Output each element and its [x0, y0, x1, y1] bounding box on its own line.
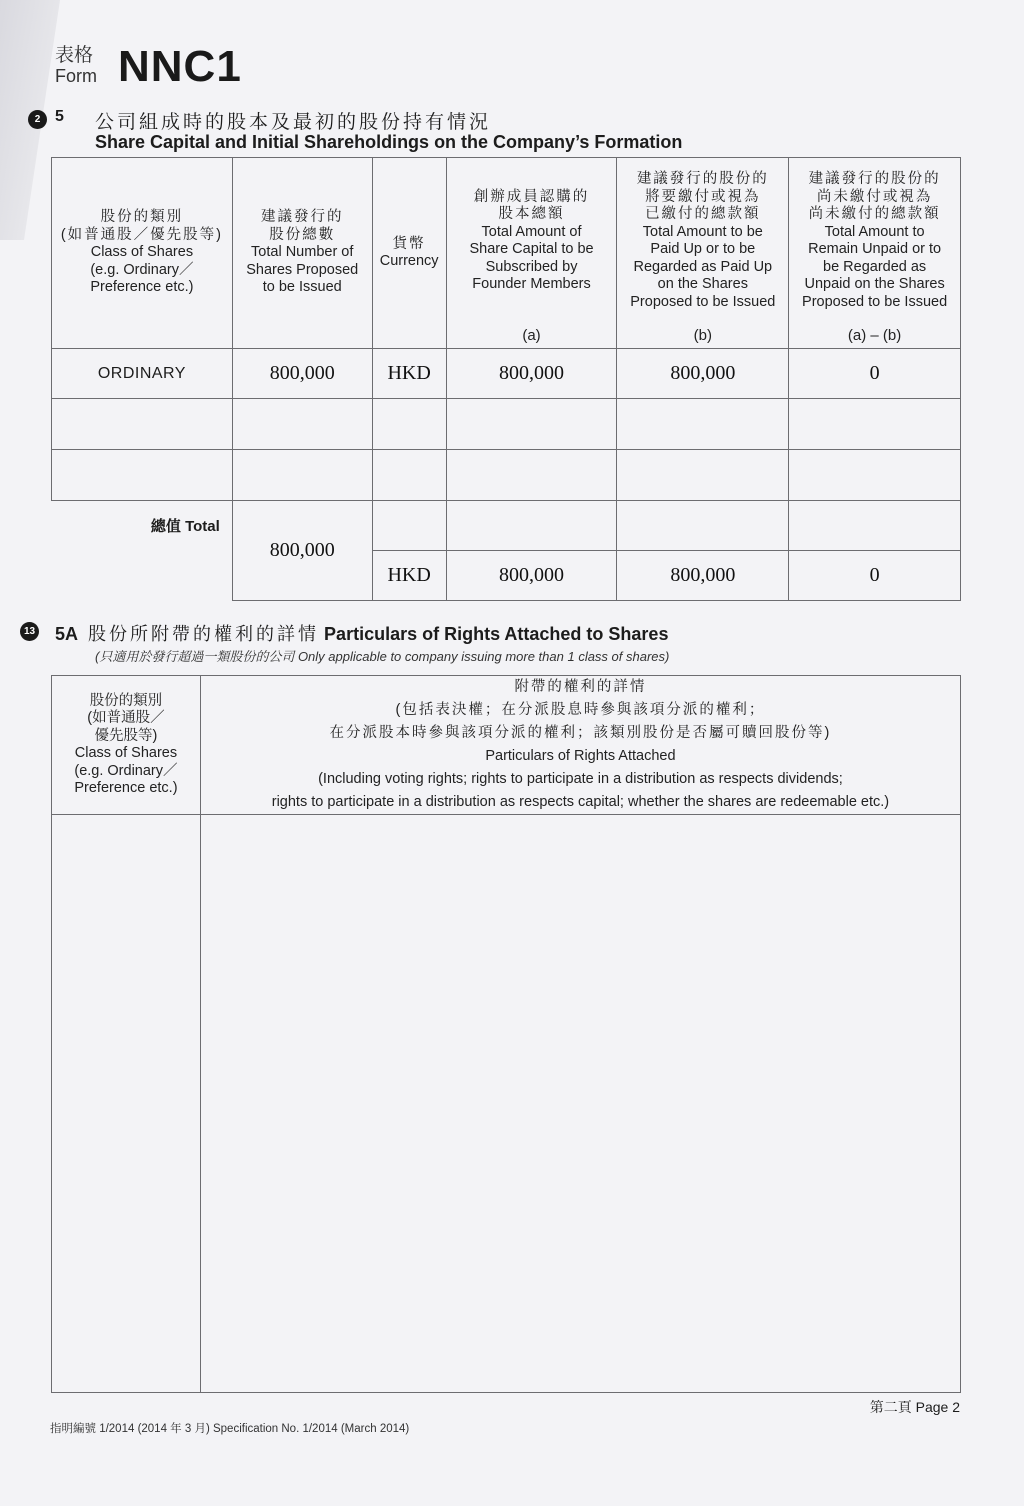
- total-blank: [372, 501, 446, 551]
- total-unpaid[interactable]: 0: [789, 551, 961, 601]
- cell-class[interactable]: [52, 450, 233, 501]
- cell-subscribed[interactable]: [446, 399, 617, 450]
- rights-header-particulars: 附帶的權利的詳情 (包括表決權；在分派股息時參與該項分派的權利； 在分派股本時參…: [200, 676, 960, 815]
- cell-total-shares[interactable]: 800,000: [232, 349, 372, 399]
- cell-paid-up[interactable]: 800,000: [617, 349, 789, 399]
- section-title-en: Share Capital and Initial Shareholdings …: [95, 132, 682, 153]
- header-paid-up: 建議發行的股份的 將要繳付或視為 已繳付的總款額 Total Amount to…: [617, 158, 789, 349]
- total-currency[interactable]: HKD: [372, 551, 446, 601]
- table-row: [52, 450, 961, 501]
- cell-currency[interactable]: [372, 399, 446, 450]
- total-subscribed[interactable]: 800,000: [446, 551, 617, 601]
- header-total-shares: 建議發行的 股份總數 Total Number of Shares Propos…: [232, 158, 372, 349]
- table-row: [52, 815, 961, 1393]
- page-number: 第二頁 Page 2: [870, 1397, 960, 1417]
- section-5a-note: (只適用於發行超過一類股份的公司 Only applicable to comp…: [95, 646, 669, 665]
- section-5a-number: 5A: [55, 624, 78, 644]
- section-5a-title-zh: 股份所附帶的權利的詳情: [88, 624, 319, 644]
- total-paid-up[interactable]: 800,000: [617, 551, 789, 601]
- total-label: 總值 Total: [52, 501, 233, 601]
- rights-header-row: 股份的類別 (如普通股／ 優先股等) Class of Shares (e.g.…: [52, 676, 961, 815]
- cell-paid-up[interactable]: [617, 399, 789, 450]
- rights-header-class: 股份的類別 (如普通股／ 優先股等) Class of Shares (e.g.…: [52, 676, 201, 815]
- cell-total-shares[interactable]: [232, 399, 372, 450]
- rights-table: 股份的類別 (如普通股／ 優先股等) Class of Shares (e.g.…: [51, 675, 961, 1393]
- column-ref-b: (b): [617, 327, 788, 345]
- section-title-zh: 公司組成時的股本及最初的股份持有情況: [95, 107, 491, 134]
- cell-unpaid[interactable]: 0: [789, 349, 961, 399]
- column-ref-a: (a): [447, 327, 617, 345]
- total-row-top: 總值 Total 800,000: [52, 501, 961, 551]
- section-badge-icon: 13: [20, 622, 39, 641]
- header-class-of-shares: 股份的類別 (如普通股／優先股等) Class of Shares (e.g. …: [52, 158, 233, 349]
- table-row: [52, 399, 961, 450]
- cell-paid-up[interactable]: [617, 450, 789, 501]
- total-blank: [617, 501, 789, 551]
- share-capital-table: 股份的類別 (如普通股／優先股等) Class of Shares (e.g. …: [51, 157, 961, 601]
- table-header-row: 股份的類別 (如普通股／優先股等) Class of Shares (e.g. …: [52, 158, 961, 349]
- form-code: NNC1: [118, 42, 242, 92]
- cell-subscribed[interactable]: 800,000: [446, 349, 617, 399]
- cell-total-shares[interactable]: [232, 450, 372, 501]
- table-row: ORDINARY 800,000 HKD 800,000 800,000 0: [52, 349, 961, 399]
- section-5a-title-en: Particulars of Rights Attached to Shares: [324, 624, 668, 644]
- total-shares[interactable]: 800,000: [232, 501, 372, 601]
- total-blank: [446, 501, 617, 551]
- specification-note: 指明編號 1/2014 (2014 年 3 月) Specification N…: [50, 1420, 409, 1436]
- cell-subscribed[interactable]: [446, 450, 617, 501]
- header-currency: 貨幣 Currency: [372, 158, 446, 349]
- cell-class[interactable]: ORDINARY: [52, 349, 233, 399]
- column-ref-a-minus-b: (a) – (b): [789, 327, 960, 345]
- section-number: 5: [55, 108, 64, 126]
- form-label-en: Form: [55, 66, 97, 87]
- cell-unpaid[interactable]: [789, 399, 961, 450]
- rights-particulars-cell[interactable]: [200, 815, 960, 1393]
- cell-unpaid[interactable]: [789, 450, 961, 501]
- section-5a-title: 5A 股份所附帶的權利的詳情 Particulars of Rights Att…: [55, 620, 668, 646]
- form-label-zh: 表格: [55, 40, 93, 67]
- cell-currency[interactable]: [372, 450, 446, 501]
- total-blank: [789, 501, 961, 551]
- rights-class-cell[interactable]: [52, 815, 201, 1393]
- cell-currency[interactable]: HKD: [372, 349, 446, 399]
- section-badge-icon: 2: [28, 110, 47, 129]
- cell-class[interactable]: [52, 399, 233, 450]
- header-subscribed: 創辦成員認購的 股本總額 Total Amount of Share Capit…: [446, 158, 617, 349]
- header-unpaid: 建議發行的股份的 尚未繳付或視為 尚未繳付的總款額 Total Amount t…: [789, 158, 961, 349]
